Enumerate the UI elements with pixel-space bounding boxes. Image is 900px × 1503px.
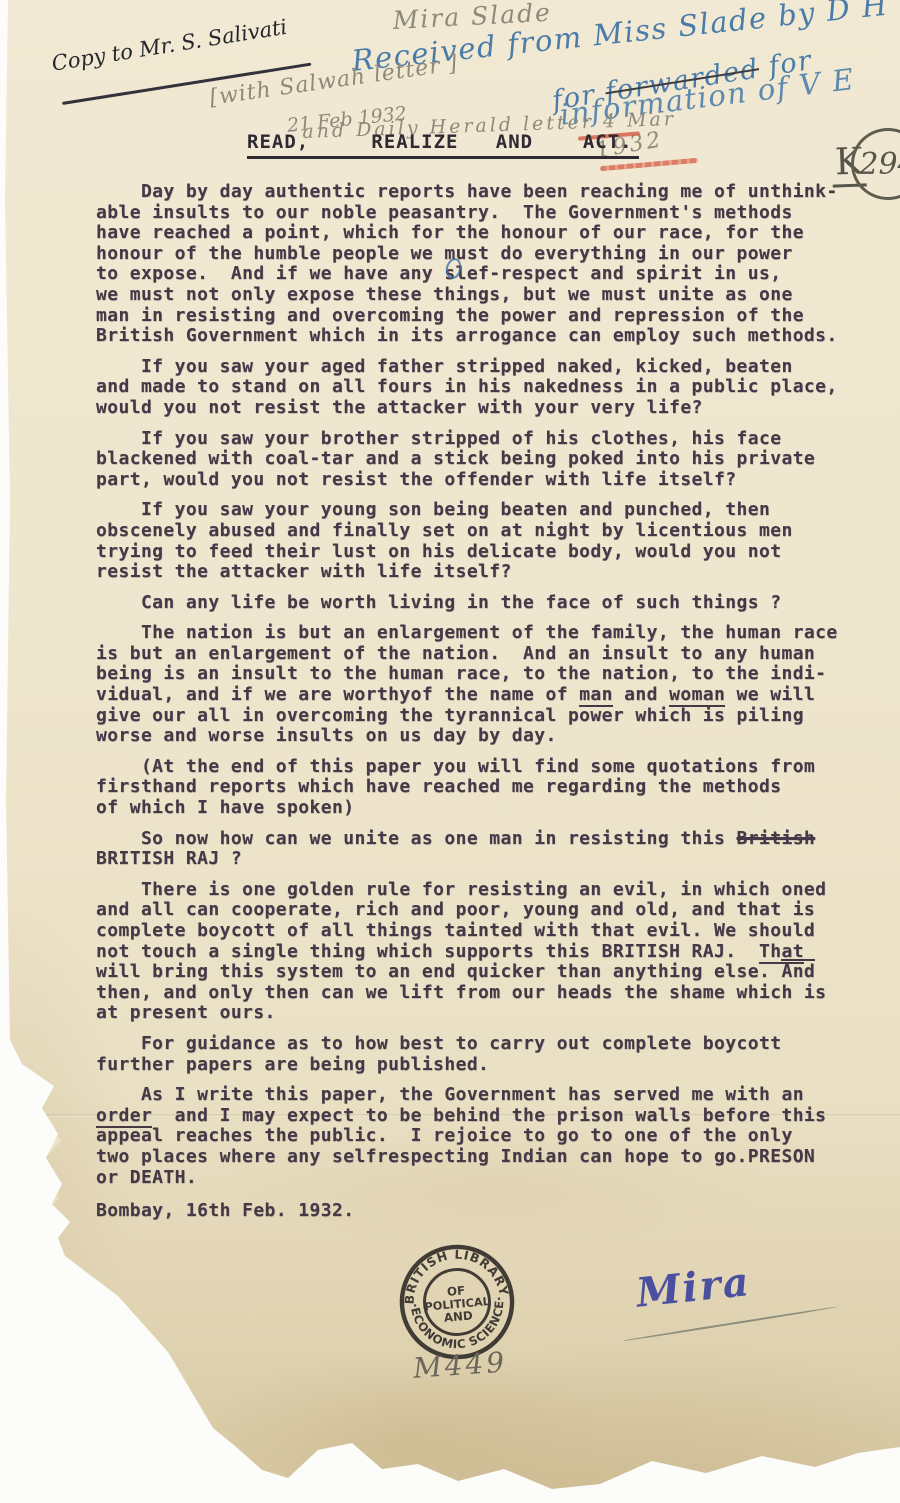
paragraph: (At the end of this paper you will find … xyxy=(96,757,880,819)
typed-line: So now how can we unite as one man in re… xyxy=(96,829,880,850)
typed-line: firsthand reports which have reached me … xyxy=(96,777,880,798)
typed-line: or DEATH. xyxy=(96,1168,880,1189)
salwah-letter-annotation: [with Salwah letter ] xyxy=(208,51,460,111)
typed-line: then, and only then can we lift from our… xyxy=(96,983,880,1004)
archive-code-annotation: M449 xyxy=(412,1345,508,1384)
typed-line: will bring this system to an end quicker… xyxy=(96,962,880,983)
paragraph: Can any life be worth living in the face… xyxy=(96,593,880,614)
page-title: READ, REALIZE AND ACT. xyxy=(247,131,639,159)
typed-line: of which I have spoken) xyxy=(96,798,880,819)
dateline: Bombay, 16th Feb. 1932. xyxy=(96,1201,880,1222)
typed-line: BRITISH RAJ ? xyxy=(96,849,880,870)
paragraph: If you saw your aged father stripped nak… xyxy=(96,357,880,419)
copy-note-annotation: Copy to Mr. S. Salivati xyxy=(50,15,289,76)
typed-line: man in resisting and overcoming the powe… xyxy=(96,306,880,327)
typed-line: complete boycott of all things tainted w… xyxy=(96,921,880,942)
typed-line: appeal reaches the public. I rejoice to … xyxy=(96,1126,880,1147)
typed-line: There is one golden rule for resisting a… xyxy=(96,880,880,901)
typed-line: two places where any selfrespecting Indi… xyxy=(96,1147,880,1168)
paragraph: So now how can we unite as one man in re… xyxy=(96,829,880,870)
stamp-center-line3: AND xyxy=(443,1308,473,1324)
paragraph: The nation is but an enlargement of the … xyxy=(96,623,880,747)
signature: Mira xyxy=(634,1258,753,1317)
typed-line: trying to feed their lust on his delicat… xyxy=(96,542,880,563)
typed-line: For guidance as to how best to carry out… xyxy=(96,1034,880,1055)
scanned-document-page: { "document": { "title": "READ, REALIZE … xyxy=(0,0,900,1503)
typed-line: As I write this paper, the Government ha… xyxy=(96,1085,880,1106)
typed-line: Can any life be worth living in the face… xyxy=(96,593,880,614)
typed-line: able insults to our noble peasantry. The… xyxy=(96,203,880,224)
typed-line: to expose. And if we have any slef-respe… xyxy=(96,264,880,285)
typed-line: honour of the humble people we must do e… xyxy=(96,244,880,265)
typed-line: (At the end of this paper you will find … xyxy=(96,757,880,778)
shelfmark-number: 294 xyxy=(859,147,900,182)
typed-line: obscenely abused and finally set on at n… xyxy=(96,521,880,542)
typed-line: part, would you not resist the offender … xyxy=(96,470,880,491)
typed-line: not touch a single thing which supports … xyxy=(96,942,880,963)
typed-line: resist the attacker with life itself? xyxy=(96,562,880,583)
typed-line: British Government which in its arroganc… xyxy=(96,326,880,347)
typed-line: is but an enlargement of the nation. And… xyxy=(96,644,880,665)
paragraph: If you saw your young son being beaten a… xyxy=(96,500,880,582)
typed-line: have reached a point, which for the hono… xyxy=(96,223,880,244)
typed-body: Day by day authentic reports have been r… xyxy=(96,182,880,1222)
typed-line: Day by day authentic reports have been r… xyxy=(96,182,880,203)
typed-line: and all can cooperate, rich and poor, yo… xyxy=(96,900,880,921)
paragraph: There is one golden rule for resisting a… xyxy=(96,880,880,1024)
typed-line: blackened with coal-tar and a stick bein… xyxy=(96,449,880,470)
typed-line: being is an insult to the human race, to… xyxy=(96,664,880,685)
typed-line: further papers are being published. xyxy=(96,1055,880,1076)
typed-line: If you saw your young son being beaten a… xyxy=(96,500,880,521)
typed-line: order and I may expect to be behind the … xyxy=(96,1106,880,1127)
typed-line: would you not resist the attacker with y… xyxy=(96,398,880,419)
typed-line: and made to stand on all fours in his na… xyxy=(96,377,880,398)
typed-line: vidual, and if we are worthyof the name … xyxy=(96,685,880,706)
paragraph: For guidance as to how best to carry out… xyxy=(96,1034,880,1075)
typed-line: we must not only expose these things, bu… xyxy=(96,285,880,306)
paragraph: If you saw your brother stripped of his … xyxy=(96,429,880,491)
typed-line: The nation is but an enlargement of the … xyxy=(96,623,880,644)
typed-line: worse and worse insults on us day by day… xyxy=(96,726,880,747)
torn-edge-flap xyxy=(13,1072,67,1267)
paper-sheet: Copy to Mr. S. Salivati Mira Slade Recei… xyxy=(0,0,900,1503)
typed-line: If you saw your brother stripped of his … xyxy=(96,429,880,450)
paragraph: As I write this paper, the Government ha… xyxy=(96,1085,880,1188)
typed-line: If you saw your aged father stripped nak… xyxy=(96,357,880,378)
paragraph: Day by day authentic reports have been r… xyxy=(96,182,880,347)
typed-line: at present ours. xyxy=(96,1003,880,1024)
typed-line: give our all in overcoming the tyrannica… xyxy=(96,706,880,727)
